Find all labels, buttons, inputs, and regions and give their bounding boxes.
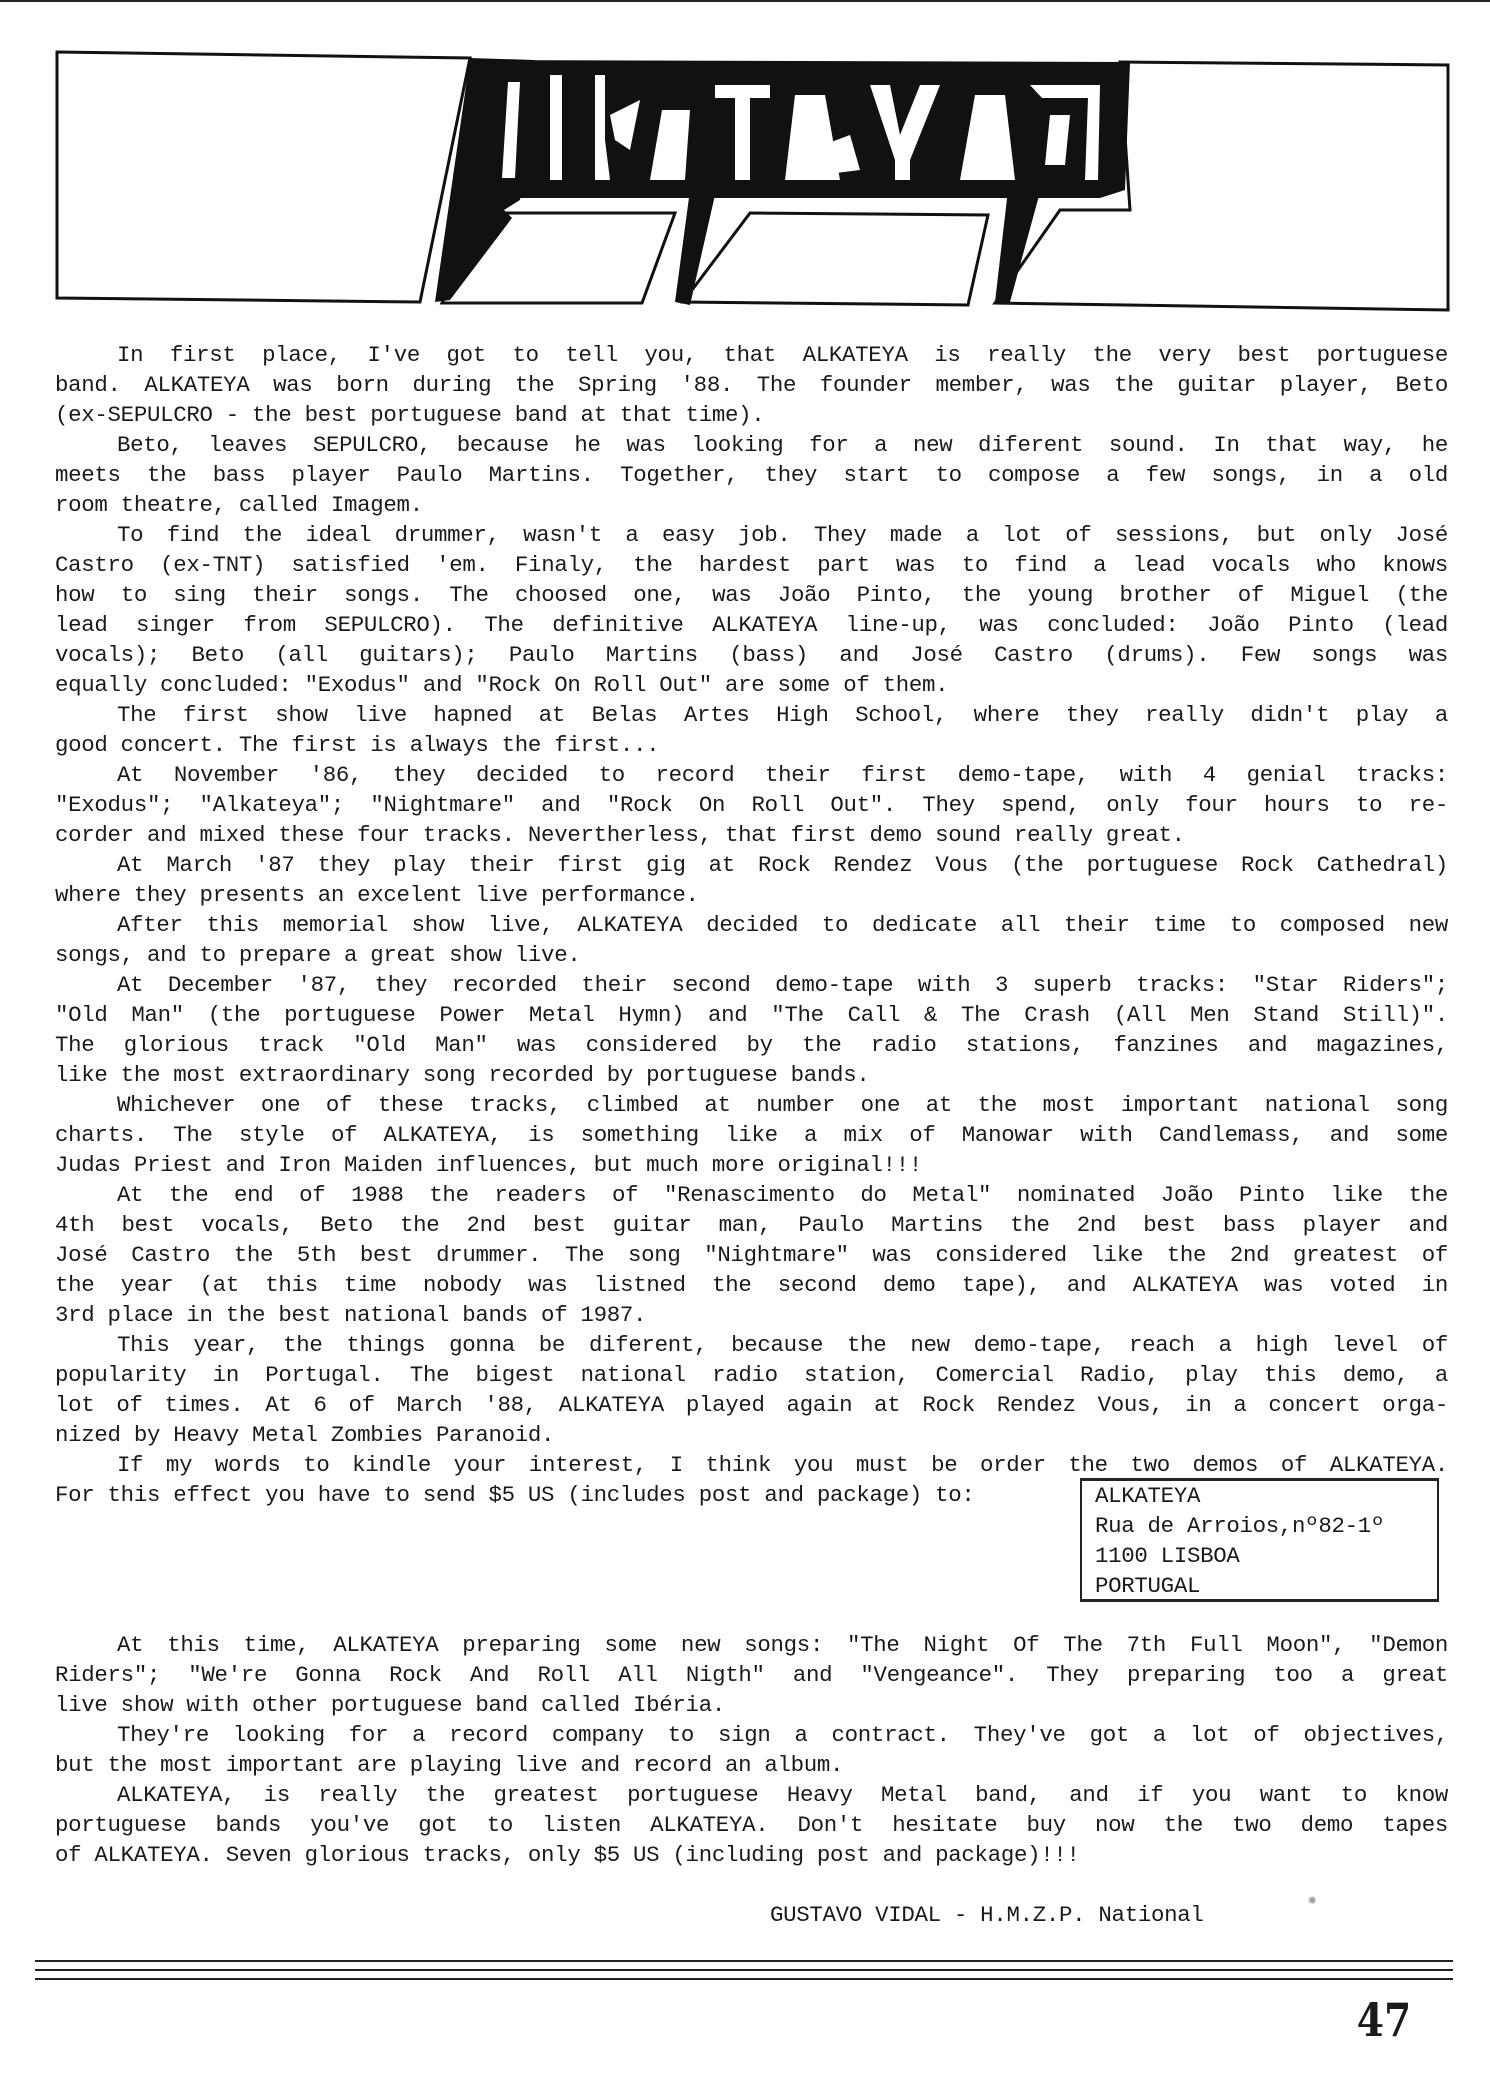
text-line: Castro (ex-TNT) satisfied 'em. Finaly, t… — [55, 550, 1448, 580]
text-line: They're looking for a record company to … — [55, 1720, 1448, 1750]
text-line: To find the ideal drummer, wasn't a easy… — [55, 520, 1448, 550]
text-line: lot of times. At 6 of March '88, ALKATEY… — [55, 1390, 1448, 1420]
text-line: If my words to kindle your interest, I t… — [55, 1450, 1448, 1480]
text-line: lead singer from SEPULCRO). The definiti… — [55, 610, 1448, 640]
text-line: the year (at this time nobody was listne… — [55, 1270, 1448, 1300]
address-street: Rua de Arroios,nº82-1º — [1095, 1511, 1384, 1541]
text-line: band. ALKATEYA was born during the Sprin… — [55, 370, 1448, 400]
top-rule — [0, 0, 1490, 5]
article-paragraph: ALKATEYA, is really the greatest portugu… — [55, 1780, 1448, 1870]
text-line: The glorious track "Old Man" was conside… — [55, 1030, 1448, 1060]
text-line: Judas Priest and Iron Maiden influences,… — [55, 1150, 1448, 1180]
article-paragraph: They're looking for a record company to … — [55, 1720, 1448, 1780]
mailing-address-box: ALKATEYARua de Arroios,nº82-1º1100 LISBO… — [1080, 1478, 1439, 1602]
text-line: José Castro the 5th best drummer. The so… — [55, 1240, 1448, 1270]
text-line: portuguese bands you've got to listen AL… — [55, 1810, 1448, 1840]
text-line: of ALKATEYA. Seven glorious tracks, only… — [55, 1840, 1448, 1870]
band-logo: ALKATEYA — [50, 40, 1460, 320]
text-line: popularity in Portugal. The bigest natio… — [55, 1360, 1448, 1390]
text-line: The first show live hapned at Belas Arte… — [55, 700, 1448, 730]
article-paragraph: The first show live hapned at Belas Arte… — [55, 700, 1448, 760]
article-paragraph: In first place, I've got to tell you, th… — [55, 340, 1448, 430]
text-line: charts. The style of ALKATEYA, is someth… — [55, 1120, 1448, 1150]
text-line: After this memorial show live, ALKATEYA … — [55, 910, 1448, 940]
order-row: For this effect you have to send $5 US (… — [55, 1480, 1448, 1630]
ink-smudge: ✺ — [1308, 1892, 1316, 1909]
text-line: Whichever one of these tracks, climbed a… — [55, 1090, 1448, 1120]
text-line: For this effect you have to send $5 US (… — [55, 1480, 975, 1510]
address-country: PORTUGAL — [1095, 1571, 1200, 1601]
text-line: (ex-SEPULCRO - the best portuguese band … — [55, 400, 1448, 430]
text-line: nized by Heavy Metal Zombies Paranoid. — [55, 1420, 1448, 1450]
text-line: 3rd place in the best national bands of … — [55, 1300, 1448, 1330]
footer-rules — [35, 1960, 1453, 2000]
article-paragraph: Whichever one of these tracks, climbed a… — [55, 1090, 1448, 1180]
text-line: Beto, leaves SEPULCRO, because he was lo… — [55, 430, 1448, 460]
author-signature: GUSTAVO VIDAL - H.M.Z.P. National — [770, 1902, 1204, 1928]
text-line: In first place, I've got to tell you, th… — [55, 340, 1448, 370]
address-name: ALKATEYA — [1095, 1481, 1200, 1511]
text-line: ALKATEYA, is really the greatest portugu… — [55, 1780, 1448, 1810]
address-city: 1100 LISBOA — [1095, 1541, 1240, 1571]
text-line: At December '87, they recorded their sec… — [55, 970, 1448, 1000]
article-paragraph: This year, the things gonna be diferent,… — [55, 1330, 1448, 1450]
text-line: At March '87 they play their first gig a… — [55, 850, 1448, 880]
article-paragraph: At December '87, they recorded their sec… — [55, 970, 1448, 1090]
text-line: vocals); Beto (all guitars); Paulo Marti… — [55, 640, 1448, 670]
text-line: meets the bass player Paulo Martins. Tog… — [55, 460, 1448, 490]
text-line: This year, the things gonna be diferent,… — [55, 1330, 1448, 1360]
text-line: where they presents an excelent live per… — [55, 880, 1448, 910]
text-line: but the most important are playing live … — [55, 1750, 1448, 1780]
text-line: "Old Man" (the portuguese Power Metal Hy… — [55, 1000, 1448, 1030]
text-line: songs, and to prepare a great show live. — [55, 940, 1448, 970]
article-body: In first place, I've got to tell you, th… — [55, 340, 1448, 1870]
article-paragraph: After this memorial show live, ALKATEYA … — [55, 910, 1448, 970]
text-line: At this time, ALKATEYA preparing some ne… — [55, 1630, 1448, 1660]
text-line: corder and mixed these four tracks. Neve… — [55, 820, 1448, 850]
text-line: At the end of 1988 the readers of "Renas… — [55, 1180, 1448, 1210]
article-paragraph: To find the ideal drummer, wasn't a easy… — [55, 520, 1448, 700]
text-line: room theatre, called Imagem. — [55, 490, 1448, 520]
article-paragraph: At November '86, they decided to record … — [55, 760, 1448, 850]
text-line: good concert. The first is always the fi… — [55, 730, 1448, 760]
text-line: Riders"; "We're Gonna Rock And Roll All … — [55, 1660, 1448, 1690]
text-line: At November '86, they decided to record … — [55, 760, 1448, 790]
article-paragraph: At March '87 they play their first gig a… — [55, 850, 1448, 910]
article-paragraph: At this time, ALKATEYA preparing some ne… — [55, 1630, 1448, 1720]
text-line: how to sing their songs. The choosed one… — [55, 580, 1448, 610]
text-line: 4th best vocals, Beto the 2nd best guita… — [55, 1210, 1448, 1240]
text-line: "Exodus"; "Alkateya"; "Nightmare" and "R… — [55, 790, 1448, 820]
text-line: live show with other portuguese band cal… — [55, 1690, 1448, 1720]
article-paragraph: Beto, leaves SEPULCRO, because he was lo… — [55, 430, 1448, 520]
text-line: equally concluded: "Exodus" and "Rock On… — [55, 670, 1448, 700]
text-line: like the most extraordinary song recorde… — [55, 1060, 1448, 1090]
order-paragraph: If my words to kindle your interest, I t… — [55, 1450, 1448, 1480]
article-paragraph: At the end of 1988 the readers of "Renas… — [55, 1180, 1448, 1330]
page-number: 47 — [1357, 1995, 1411, 2045]
